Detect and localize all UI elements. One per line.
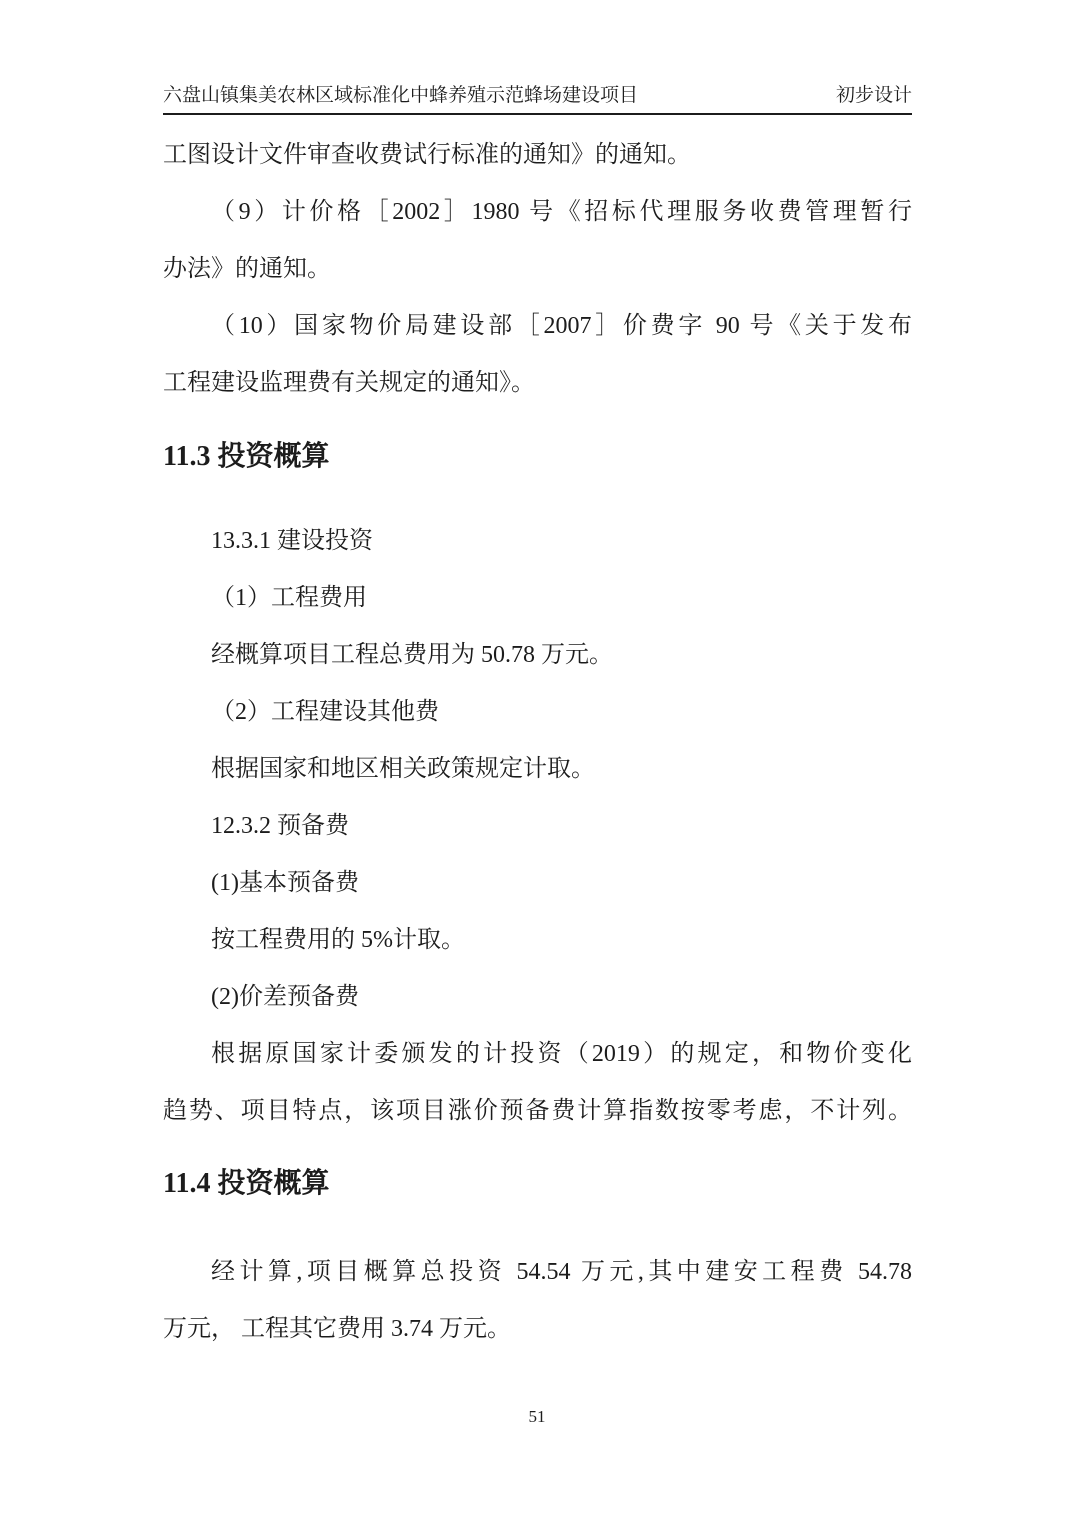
section-heading-11-4: 11.4 投资概算 [163, 1162, 912, 1206]
body-line-13-3-1: 13.3.1 建设投资 [163, 513, 912, 570]
header-project-title: 六盘山镇集美农林区域标准化中蜂养殖示范蜂场建设项目 [163, 84, 638, 108]
page-footer: 51 [0, 1406, 1074, 1428]
body-line-engineering-cost-value: 经概算项目工程总费用为 50.78 万元。 [163, 627, 912, 684]
section-heading-11-3: 11.3 投资概算 [163, 435, 912, 479]
body-line-item-9: （9）计价格［2002］1980 号《招标代理服务收费管理暂行 [163, 184, 912, 241]
body-line-total-investment-1: 经计算,项目概算总投资 54.54 万元,其中建安工程费 54.78 [163, 1244, 912, 1301]
body-line-item-10-continuation: 工程建设监理费有关规定的通知》。 [163, 355, 912, 412]
body-line-price-diff-para-2: 趋势、项目特点，该项目涨价预备费计算指数按零考虑，不计列。 [163, 1083, 912, 1140]
body-line-other-cost-basis: 根据国家和地区相关政策规定计取。 [163, 741, 912, 798]
body-line-basic-reserve-label: (1)基本预备费 [163, 855, 912, 912]
body-line-item-9-continuation: 办法》的通知。 [163, 241, 912, 298]
body-line-12-3-2: 12.3.2 预备费 [163, 798, 912, 855]
header-row: 六盘山镇集美农林区域标准化中蜂养殖示范蜂场建设项目 初步设计 [163, 84, 912, 115]
header-doc-stage: 初步设计 [836, 84, 912, 108]
body-line-engineering-cost-label: （1）工程费用 [163, 570, 912, 627]
body-line-total-investment-2: 万元， 工程其它费用 3.74 万元。 [163, 1301, 912, 1358]
document-page: 六盘山镇集美农林区域标准化中蜂养殖示范蜂场建设项目 初步设计 工图设计文件审查收… [0, 0, 1074, 1520]
page-number: 51 [529, 1407, 546, 1426]
document-body: 工图设计文件审查收费试行标准的通知》的通知。 （9）计价格［2002］1980 … [163, 127, 912, 1358]
body-line-basic-reserve-rate: 按工程费用的 5%计取。 [163, 912, 912, 969]
body-line-price-diff-reserve-label: (2)价差预备费 [163, 969, 912, 1026]
page-header: 六盘山镇集美农林区域标准化中蜂养殖示范蜂场建设项目 初步设计 [163, 0, 912, 115]
body-line-item-10: （10）国家物价局建设部［2007］价费字 90 号《关于发布 [163, 298, 912, 355]
body-line-other-cost-label: （2）工程建设其他费 [163, 684, 912, 741]
body-line-notice-continuation: 工图设计文件审查收费试行标准的通知》的通知。 [163, 127, 912, 184]
body-line-price-diff-para-1: 根据原国家计委颁发的计投资（2019）的规定，和物价变化 [163, 1026, 912, 1083]
